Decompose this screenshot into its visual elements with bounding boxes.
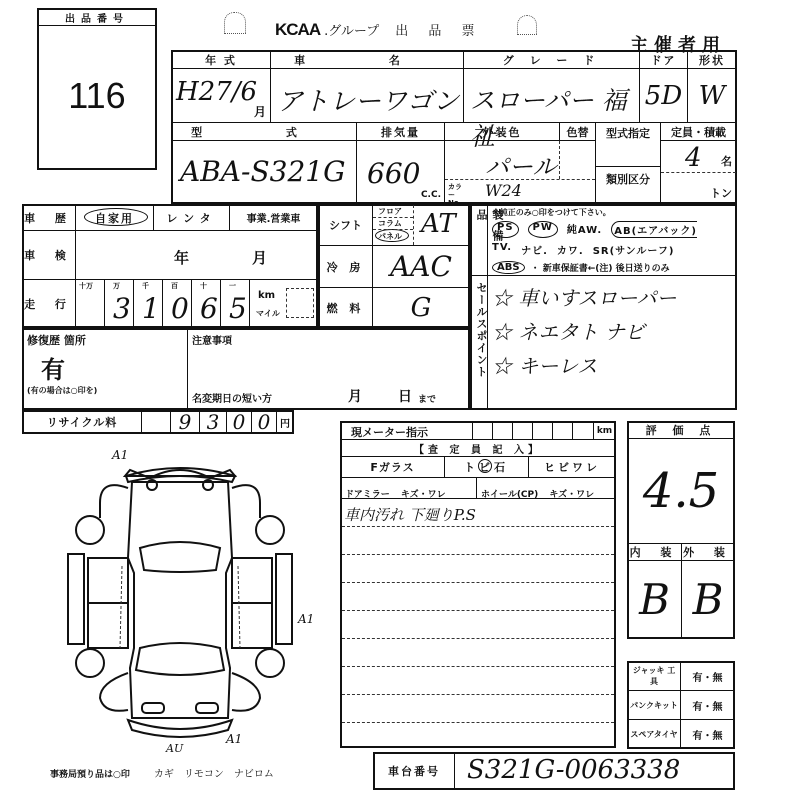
exterior-grade-cell: B bbox=[681, 560, 735, 639]
shift-selected-circle bbox=[375, 229, 409, 242]
mileage-digit-100k: 十万 bbox=[75, 279, 105, 328]
shift-divider-2 bbox=[373, 229, 413, 230]
accessory-jack-value[interactable]: 有・無 bbox=[680, 661, 735, 691]
score-label: 評 価 点 bbox=[627, 421, 735, 439]
office-item-remote[interactable]: リモコン bbox=[184, 765, 224, 780]
capacity-divider bbox=[661, 172, 736, 173]
recycle-digit-1 bbox=[141, 410, 171, 434]
office-item-key[interactable]: カギ bbox=[154, 765, 174, 780]
shape-value: W bbox=[699, 81, 726, 111]
mileage-digit-1: 一 5 bbox=[220, 279, 250, 328]
sales-point-2: ☆ ネエタト ナビ bbox=[492, 316, 732, 350]
accessory-puncture-value[interactable]: 有・無 bbox=[680, 690, 735, 720]
inspector-remarks: 車内汚れ 下廻りP.S bbox=[342, 500, 614, 723]
punch-mark-left bbox=[224, 12, 246, 34]
mirror-label: ドアミラー bbox=[345, 490, 390, 500]
meter-digit bbox=[492, 421, 513, 440]
notes-cell: 注意事項 名変期日の短い方 月 日 まで bbox=[187, 328, 470, 410]
office-item-navi-rom[interactable]: ナビロム bbox=[234, 765, 274, 780]
remark-line bbox=[342, 527, 614, 555]
equip-leather[interactable]: カワ. bbox=[557, 242, 584, 257]
equipment-label-col: 装備品 bbox=[470, 204, 488, 276]
inspection-label: 車 検 bbox=[22, 230, 76, 280]
accessory-jack-label: ジャッキ 工具 bbox=[627, 661, 681, 691]
year-label: 年 式 bbox=[171, 50, 271, 69]
aircon-value: AAC bbox=[390, 250, 452, 283]
remark-line bbox=[342, 583, 614, 611]
usage-option-private[interactable]: 自家用 bbox=[75, 204, 154, 231]
usage-option-commercial[interactable]: 事業.営業車 bbox=[229, 204, 318, 231]
recycle-digit-3: 3 bbox=[199, 410, 227, 434]
equip-ab[interactable]: AB(エアバック) bbox=[611, 221, 697, 238]
exterior-grade: B bbox=[693, 575, 724, 624]
remark-line bbox=[342, 555, 614, 583]
equip-aw[interactable]: 純AW. bbox=[567, 221, 602, 238]
interior-grade-cell: B bbox=[627, 560, 682, 639]
color-change-label: 色替 bbox=[559, 122, 596, 141]
displacement-unit: C.C. bbox=[421, 190, 441, 200]
shift-divider-1 bbox=[373, 217, 413, 218]
meter-unit: km bbox=[593, 421, 616, 440]
model-value: ABA-S321G bbox=[180, 155, 345, 188]
glass-label: Fガラス bbox=[340, 456, 445, 478]
wheel-options[interactable]: キズ・ワレ bbox=[549, 490, 594, 500]
office-items: 事務局預り品は○印 カギ リモコン ナビロム bbox=[50, 765, 274, 780]
shift-option-column[interactable]: コラム bbox=[378, 218, 402, 229]
lot-number: 116 bbox=[39, 26, 155, 166]
form-title: 出 品 票 bbox=[395, 20, 482, 39]
doors-cell: 5D bbox=[639, 68, 688, 123]
rename-month: 月 bbox=[348, 386, 364, 406]
equipment-line-1: PS PW 純AW. AB(エアバック) bbox=[492, 221, 732, 238]
overall-score: 4.5 bbox=[643, 463, 719, 519]
capacity-cell: 4 名 トン bbox=[660, 140, 737, 204]
color-label: 外装色 bbox=[444, 122, 560, 141]
meter-digit bbox=[532, 421, 553, 440]
shift-divider-v bbox=[413, 205, 414, 245]
car-name-label: 車 名 bbox=[270, 50, 464, 69]
inspection-year-unit: 年 bbox=[174, 247, 191, 268]
color-change-divider bbox=[559, 141, 560, 179]
recycle-unit: 円 bbox=[276, 410, 294, 434]
rename-until: まで bbox=[418, 392, 436, 405]
aircon-label: 冷 房 bbox=[318, 245, 373, 288]
chassis-label: 車台番号 bbox=[373, 752, 455, 790]
recycle-digit-4: 0 bbox=[226, 410, 252, 434]
damage-mark-rear-bumper: AU bbox=[166, 742, 183, 755]
shift-label: シフト bbox=[318, 204, 373, 246]
notes-label: 注意事項 bbox=[192, 332, 465, 347]
meter-label: 現メーター指示 bbox=[351, 426, 428, 439]
remark-line bbox=[342, 695, 614, 723]
damage-mark-front-left: A1 bbox=[112, 448, 128, 462]
chassis-value-cell: S321G-0063338 bbox=[454, 752, 735, 790]
brand-group: .グループ bbox=[324, 20, 379, 39]
meter-digit bbox=[552, 421, 573, 440]
capacity-label: 定員・積載 bbox=[660, 122, 737, 141]
repair-note: (有の場合は○印を) bbox=[27, 385, 183, 396]
equipment-line-3: ABS ・ 新車保証書←(注) 後日送りのみ bbox=[492, 261, 732, 274]
overall-score-cell: 4.5 bbox=[627, 438, 735, 544]
equipment-cell: ※純正のみ○印をつけて下さい。 PS PW 純AW. AB(エアバック) TV.… bbox=[487, 204, 737, 276]
sales-point-3: ☆ キーレス bbox=[492, 350, 732, 384]
inspector-section-title: 【査 定 員 記 入】 bbox=[340, 439, 616, 457]
damage-mark-right-side: A1 bbox=[298, 612, 314, 626]
equip-tv[interactable]: TV. bbox=[492, 242, 512, 257]
mile-checkbox[interactable] bbox=[286, 288, 314, 318]
recycle-digit-5: 0 bbox=[251, 410, 277, 434]
equip-pw[interactable]: PW bbox=[528, 221, 558, 238]
mirror-options[interactable]: キズ・ワレ bbox=[401, 490, 446, 500]
usage-option-rental[interactable]: レンタ bbox=[153, 204, 230, 231]
equip-navi[interactable]: ナビ. bbox=[521, 242, 548, 257]
mileage-digit-1k: 千 1 bbox=[133, 279, 163, 328]
fuel-value: G bbox=[411, 293, 432, 323]
repair-value: 有 bbox=[41, 350, 183, 385]
grade-label: グ レ ー ド bbox=[463, 50, 640, 69]
sales-point-1: ☆ 車いすスローパー bbox=[492, 282, 732, 316]
type-designation-label: 型式指定 bbox=[595, 122, 661, 167]
accessory-puncture-label: パンクキット bbox=[627, 690, 681, 720]
aircon-cell: AAC bbox=[372, 245, 470, 288]
car-damage-diagram bbox=[60, 448, 300, 738]
displacement-label: 排気量 bbox=[356, 122, 445, 141]
accessory-spare-value[interactable]: 有・無 bbox=[680, 719, 735, 749]
shape-label: 形状 bbox=[687, 50, 737, 69]
year-cell: H27/6 月 bbox=[171, 68, 271, 123]
chassis-value: S321G-0063338 bbox=[467, 755, 680, 785]
recycle-digit-2: 9 bbox=[170, 410, 200, 434]
interior-label: 内 装 bbox=[627, 543, 682, 561]
equip-warranty: ・ 新車保証書←(注) 後日送りのみ bbox=[531, 261, 670, 274]
accessory-spare-label: スペアタイヤ bbox=[627, 719, 681, 749]
recycle-label: リサイクル料 bbox=[22, 410, 142, 434]
usage-label: 車 歴 bbox=[22, 204, 76, 231]
selected-circle bbox=[84, 208, 148, 226]
meter-digit bbox=[512, 421, 533, 440]
model-cell: ABA-S321G bbox=[171, 140, 357, 204]
equipment-note: ※純正のみ○印をつけて下さい。 bbox=[492, 207, 732, 218]
glass-option-crack[interactable]: ヒビワレ bbox=[528, 456, 616, 478]
mileage-digit-10: 十 6 bbox=[191, 279, 221, 328]
color-no-value: W24 bbox=[485, 181, 522, 200]
lot-number-box: 出品番号 116 bbox=[37, 8, 157, 170]
color-divider bbox=[445, 179, 595, 180]
doors-label: ドア bbox=[639, 50, 688, 69]
remark-line: 車内汚れ 下廻りP.S bbox=[342, 500, 614, 527]
fuel-cell: G bbox=[372, 287, 470, 328]
shift-option-floor[interactable]: フロア bbox=[378, 206, 402, 217]
exterior-label: 外 装 bbox=[681, 543, 735, 561]
equip-ps[interactable]: PS bbox=[492, 221, 519, 238]
rename-day: 日 bbox=[398, 386, 414, 406]
fuel-label: 燃 料 bbox=[318, 287, 373, 328]
equipment-line-2: TV. ナビ. カワ. SR(サンルーフ) bbox=[492, 242, 732, 257]
lot-number-label: 出品番号 bbox=[39, 10, 155, 26]
shift-cell: フロア コラム パネル AT bbox=[372, 204, 470, 246]
interior-grade: B bbox=[639, 575, 670, 624]
inspection-month-unit: 月 bbox=[252, 247, 269, 268]
meter-digit bbox=[572, 421, 594, 440]
displacement-value: 660 bbox=[367, 157, 420, 190]
unit-km: km bbox=[258, 290, 275, 301]
meter-label-cell: 現メーター指示 bbox=[340, 421, 473, 440]
capacity-unit: 名 bbox=[721, 153, 732, 169]
year-value: H27/6 bbox=[176, 77, 257, 107]
form-title-row: KCAA .グループ 出 品 票 bbox=[275, 20, 482, 40]
inspection-cell: 年 月 bbox=[75, 230, 318, 280]
category-label: 類別区分 bbox=[595, 166, 661, 204]
rename-label: 名変期日の短い方 bbox=[192, 390, 272, 405]
mileage-label: 走 行 bbox=[22, 279, 76, 328]
displacement-cell: 660 C.C. bbox=[356, 140, 445, 204]
meter-digit bbox=[472, 421, 493, 440]
car-name-value: アトレーワゴン bbox=[277, 81, 459, 118]
remark-line bbox=[342, 667, 614, 695]
car-name-cell: アトレーワゴン bbox=[270, 68, 464, 123]
mileage-unit-cell: km マイル bbox=[249, 279, 318, 328]
sales-points-label-col: セールスポイント bbox=[470, 275, 488, 410]
remark-line bbox=[342, 611, 614, 639]
sales-points-cell: ☆ 車いすスローパー ☆ ネエタト ナビ ☆ キーレス bbox=[487, 275, 737, 410]
mileage-digit-100: 百 0 bbox=[162, 279, 192, 328]
mileage-digit-10k: 万 3 bbox=[104, 279, 134, 328]
load-unit: トン bbox=[710, 185, 732, 201]
repair-label: 修復歴 箇所 bbox=[27, 332, 183, 348]
wheel-cell: ホイール(CP) キズ・ワレ bbox=[476, 477, 616, 499]
glass-chip-circle bbox=[478, 459, 492, 473]
color-value: パール bbox=[485, 147, 557, 182]
shift-value: AT bbox=[421, 209, 456, 239]
equip-sunroof[interactable]: SR(サンルーフ) bbox=[593, 242, 675, 257]
repair-cell: 修復歴 箇所 有 (有の場合は○印を) bbox=[22, 328, 188, 410]
damage-mark-rear-right: A1 bbox=[226, 732, 242, 746]
office-items-label: 事務局預り品は○印 bbox=[50, 767, 130, 780]
equip-abs[interactable]: ABS bbox=[492, 261, 525, 274]
shape-cell: W bbox=[687, 68, 737, 123]
unit-mile: マイル bbox=[256, 308, 280, 319]
month-suffix: 月 bbox=[254, 103, 268, 120]
grade-cell: スローパー 福祉 bbox=[463, 68, 640, 123]
capacity-value: 4 bbox=[685, 143, 702, 173]
wheel-label: ホイール(CP) bbox=[481, 490, 538, 500]
brand-logo: KCAA bbox=[275, 20, 320, 40]
mirror-cell: ドアミラー キズ・ワレ bbox=[340, 477, 477, 499]
punch-mark-right bbox=[517, 15, 537, 35]
model-label: 型 式 bbox=[171, 122, 357, 141]
doors-value: 5D bbox=[645, 81, 682, 111]
color-cell: パール カラーNo. W24 bbox=[444, 140, 596, 204]
remark-line bbox=[342, 639, 614, 667]
